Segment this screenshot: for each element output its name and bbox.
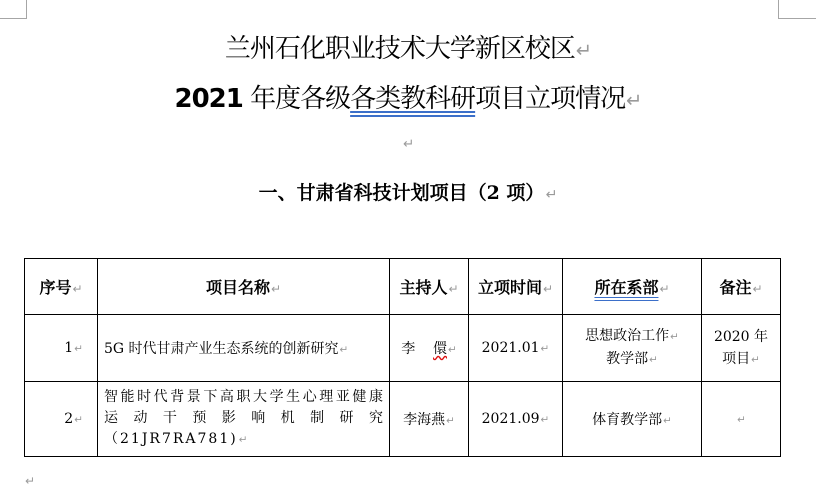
document-title-line2: 2021 年度各级各类教科研项目立项情况↵: [0, 78, 816, 115]
page-corner-mark-right: [778, 0, 816, 19]
table-header-row: 序号↵ 项目名称↵ 主持人↵ 立项时间↵ 所在系部↵ 备注↵: [25, 259, 781, 315]
paragraph-mark-icon: ↵: [239, 434, 250, 446]
cell-dept: 思想政治工作↵教学部↵: [563, 315, 702, 382]
paragraph-mark-icon: ↵: [649, 354, 658, 366]
table-row: 2↵ 智能时代背景下高职大学生心理亚健康运动干预影响机制研究（21JR7RA78…: [25, 382, 781, 457]
cell-note: ↵: [702, 382, 781, 457]
paragraph-mark-icon: ↵: [737, 414, 746, 426]
cell-note: 2020 年项目↵: [702, 315, 781, 382]
paragraph-mark-icon: ↵: [576, 39, 591, 62]
paragraph-mark-icon: ↵: [659, 282, 669, 296]
cell-seq: 1↵: [25, 315, 98, 382]
paragraph-mark-icon: ↵: [403, 136, 414, 152]
cell-leader: 李 儇↵: [390, 315, 469, 382]
cell-seq: 2↵: [25, 382, 98, 457]
cell-leader: 李海燕↵: [390, 382, 469, 457]
title-post: 项目立项情况: [475, 84, 625, 114]
projects-table: 序号↵ 项目名称↵ 主持人↵ 立项时间↵ 所在系部↵ 备注↵ 1↵ 5G 时代甘…: [24, 258, 781, 457]
grammar-flagged-text: 各类教科研: [350, 84, 475, 114]
spelling-flagged-text: 儇: [433, 341, 447, 357]
section-heading: 一、甘肃省科技计划项目（2 项）↵: [0, 178, 816, 205]
title-year: 2021: [174, 84, 242, 114]
paragraph-mark-icon: ↵: [751, 354, 760, 366]
paragraph-mark-icon: ↵: [626, 89, 641, 112]
section-heading-text: 一、甘肃省科技计划项目（2 项）: [259, 182, 545, 204]
cell-name: 智能时代背景下高职大学生心理亚健康运动干预影响机制研究（21JR7RA781)↵: [98, 382, 390, 457]
paragraph-mark-icon: ↵: [670, 331, 679, 343]
title-pre: 年度各级: [243, 84, 350, 114]
empty-paragraph: ↵: [0, 132, 816, 153]
paragraph-mark-icon: ↵: [448, 344, 457, 356]
paragraph-mark-icon: ↵: [543, 282, 553, 296]
paragraph-mark-icon: ↵: [541, 343, 550, 355]
empty-paragraph: ↵: [24, 470, 35, 489]
paragraph-mark-icon: ↵: [752, 282, 762, 296]
page-corner-mark-left: [0, 0, 27, 19]
paragraph-mark-icon: ↵: [663, 415, 672, 427]
paragraph-mark-icon: ↵: [271, 282, 281, 296]
header-seq: 序号↵: [25, 259, 98, 315]
paragraph-mark-icon: ↵: [545, 187, 557, 203]
cell-name: 5G 时代甘肃产业生态系统的创新研究↵: [98, 315, 390, 382]
paragraph-mark-icon: ↵: [72, 282, 82, 296]
cell-date: 2021.01↵: [469, 315, 563, 382]
header-leader: 主持人↵: [390, 259, 469, 315]
paragraph-mark-icon: ↵: [448, 282, 458, 296]
header-dept: 所在系部↵: [563, 259, 702, 315]
paragraph-mark-icon: ↵: [446, 415, 455, 427]
document-title-line1: 兰州石化职业技术大学新区校区↵: [0, 28, 816, 65]
header-name: 项目名称↵: [98, 259, 390, 315]
header-date: 立项时间↵: [469, 259, 563, 315]
title-text: 兰州石化职业技术大学新区校区: [225, 34, 575, 64]
table-row: 1↵ 5G 时代甘肃产业生态系统的创新研究↵ 李 儇↵ 2021.01↵ 思想政…: [25, 315, 781, 382]
paragraph-mark-icon: ↵: [541, 414, 550, 426]
paragraph-mark-icon: ↵: [340, 344, 349, 356]
paragraph-mark-icon: ↵: [74, 343, 83, 355]
cell-dept: 体育教学部↵: [563, 382, 702, 457]
paragraph-mark-icon: ↵: [25, 474, 35, 488]
cell-date: 2021.09↵: [469, 382, 563, 457]
header-note: 备注↵: [702, 259, 781, 315]
paragraph-mark-icon: ↵: [74, 414, 83, 426]
